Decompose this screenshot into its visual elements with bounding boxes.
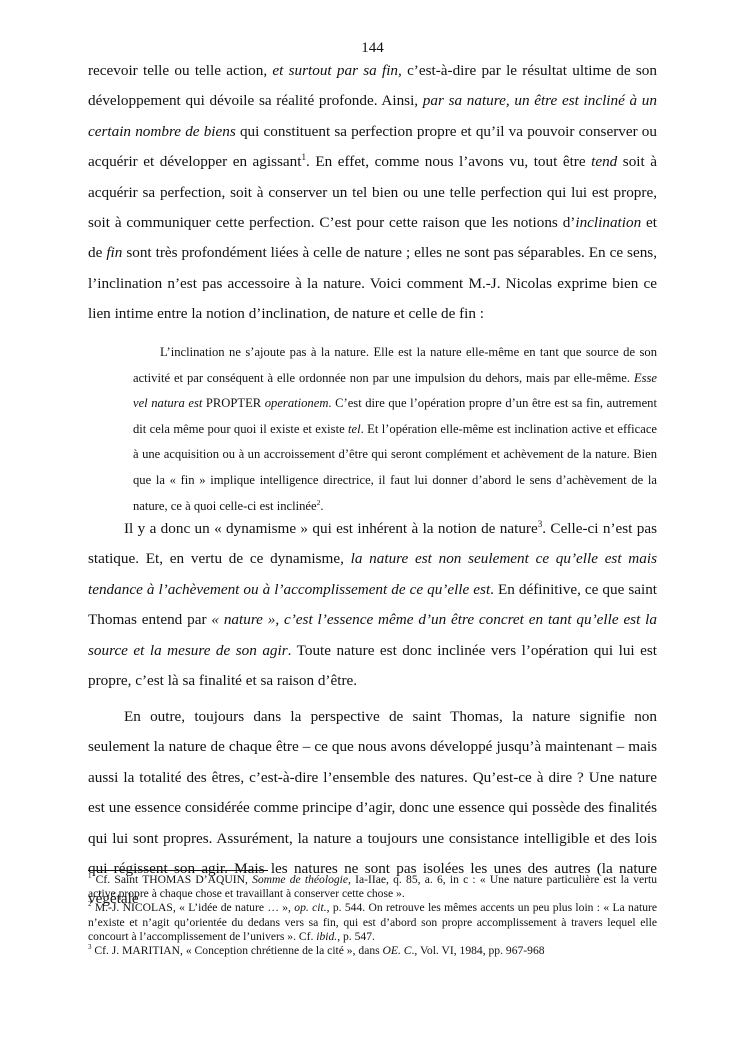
footnote-2: 2 M.-J. NICOLAS, « L’idée de nature … »,… [88,901,657,944]
italic-text: operationem [265,396,329,410]
text-span: Il y a donc un « dynamisme » qui est inh… [124,520,538,537]
italic-text: Somme de théologie, [252,873,351,886]
italic-text: inclination [575,214,641,231]
text-span: , p. 547. [337,930,375,943]
italic-text: fin [106,244,122,261]
text-span: ., Vol. VI, 1984, pp. 967-968 [412,944,545,957]
italic-text: et surtout par sa fin, [272,62,401,79]
text-span: M.-J. NICOLAS, « L’idée de nature … », [91,901,294,914]
text-span: recevoir telle ou telle action, [88,62,272,79]
footnotes: 1 Cf. Saint THOMAS D’AQUIN, Somme de thé… [88,873,657,958]
footnote-3: 3 Cf. J. MARITIAN, « Conception chrétien… [88,944,657,958]
text-span: L’inclination ne s’ajoute pas à la natur… [133,345,657,385]
italic-text: tel [348,422,361,436]
text-span: Cf. J. MARITIAN, « Conception chrétienne… [91,944,382,957]
block-quote: L’inclination ne s’ajoute pas à la natur… [133,340,657,519]
footnote-divider [88,870,268,871]
text-span: . [320,499,323,513]
page-number: 144 [0,40,745,57]
text-span: PROPTER [202,396,264,410]
body-paragraph-2: Il y a donc un « dynamisme » qui est inh… [88,514,657,696]
italic-text: OE. C [383,944,412,957]
text-span: . En effet, comme nous l’avons vu, tout … [306,153,591,170]
footnote-1: 1 Cf. Saint THOMAS D’AQUIN, Somme de thé… [88,873,657,901]
italic-text: ibid. [316,930,337,943]
text-span: sont très profondément liées à celle de … [88,244,657,322]
text-span: Cf. Saint THOMAS D’AQUIN, [91,873,252,886]
italic-text: tend [591,153,617,170]
body-paragraph-1: recevoir telle ou telle action, et surto… [88,56,657,330]
italic-text: op. cit., [294,901,329,914]
